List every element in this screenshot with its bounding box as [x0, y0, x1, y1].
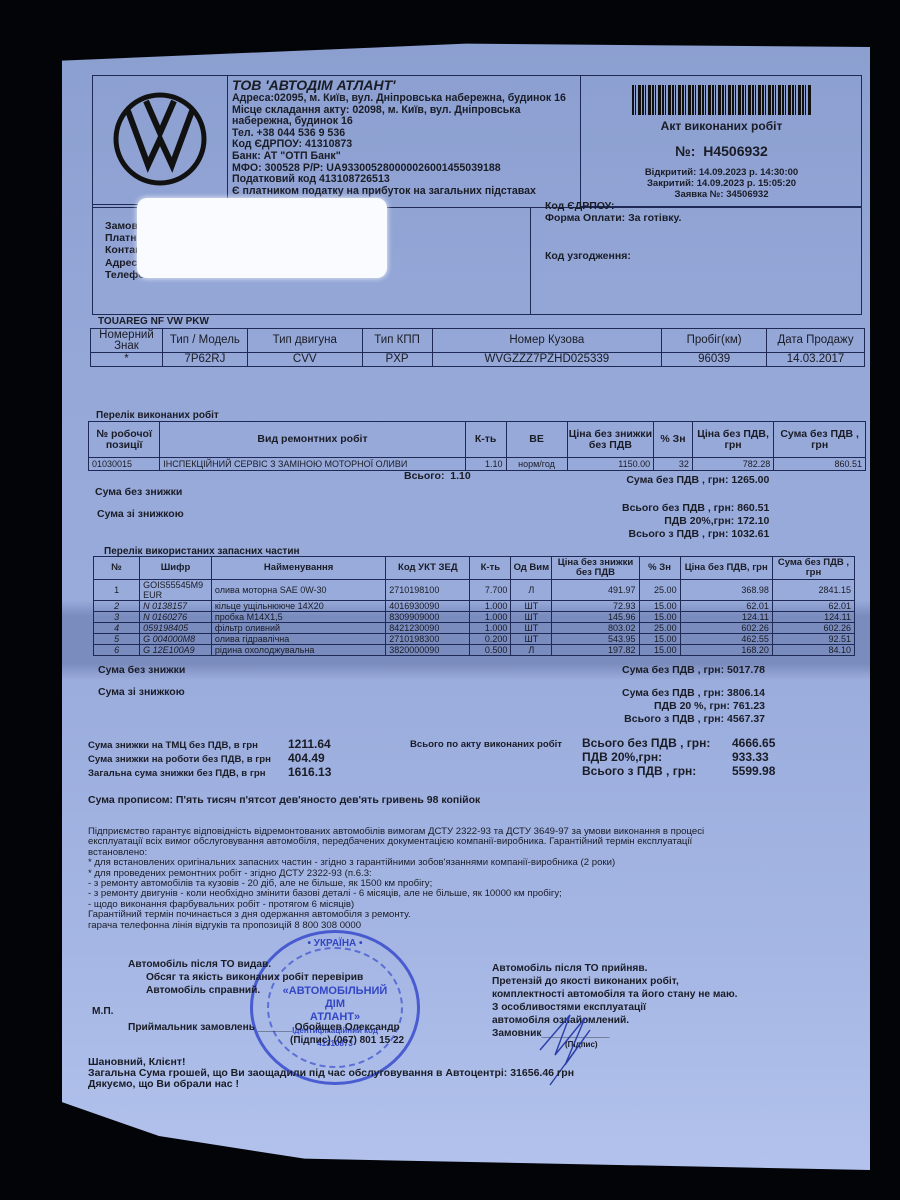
label: Сума знижки на роботи без ПДВ, в грн: [88, 753, 288, 766]
value: 4567.37: [727, 713, 765, 725]
stamp-line: ДІМ: [253, 998, 417, 1011]
parts-cell: N 0138157: [140, 601, 212, 612]
value: 404.49: [288, 751, 325, 765]
car-value-cell: 7P62RJ: [162, 353, 247, 367]
car-table: Номерний ЗнакТип / МодельТип двигунаТип …: [90, 328, 865, 367]
line: комплектності автомобіля та його стану н…: [492, 988, 737, 1001]
parts-cell: 8309909000: [386, 612, 470, 623]
parts-cell: 1.000: [470, 612, 511, 623]
line: Замовник____________: [492, 1027, 737, 1040]
value: 3806.14: [727, 687, 765, 699]
parts-with-discount-label: Сума зі знижкою: [98, 686, 185, 699]
payment-form: Форма Оплати: За готівку.: [545, 212, 681, 224]
parts-cell: 602.26: [680, 623, 772, 634]
act-info: Акт виконаних робіт №: H4506932 Відкрити…: [580, 75, 862, 207]
parts-header-cell: Шифр: [140, 557, 212, 580]
works-title: Перелік виконаних робіт: [96, 410, 219, 421]
parts-cell: 0.200: [470, 634, 511, 645]
parts-cell: 62.01: [772, 601, 854, 612]
parts-cell: 168.20: [680, 645, 772, 656]
parts-cell: 15.00: [639, 601, 680, 612]
label: Сума без ПДВ , грн:: [622, 664, 724, 676]
act-opened: Відкритий: 14.09.2023 р. 14:30:00: [581, 167, 862, 178]
parts-cell: GOIS55545M9EUR: [140, 580, 212, 601]
company-name: ТОВ 'АВТОДІМ АТЛАНТ': [232, 78, 572, 93]
car-value-cell: *: [91, 353, 163, 367]
table-row: 01030015ІНСПЕКЦІЙНИЙ СЕРВІС З ЗАМІНОЮ МО…: [89, 458, 866, 471]
parts-cell: N 0160276: [140, 612, 212, 623]
parts-cell: 8421230090: [386, 623, 470, 634]
parts-cell: рідина охолоджувальна: [211, 645, 385, 656]
parts-header-cell: Найменування: [211, 557, 385, 580]
line: Претензій до якості виконаних робіт,: [492, 975, 737, 988]
redaction-block: [137, 198, 387, 278]
parts-cell: 92.51: [772, 634, 854, 645]
parts-cell: 1.000: [470, 623, 511, 634]
table-row: 3N 0160276пробка M14X1,583099090001.000Ш…: [94, 612, 855, 623]
works-summary: Сума без ПДВ , грн: 1265.00 Всього без П…: [622, 474, 769, 541]
label: Всього з ПДВ , грн:: [582, 764, 732, 778]
warranty-text: Підприємство гарантує відповідність відр…: [88, 827, 868, 931]
works-header-cell: Ціна без знижки без ПДВ: [567, 422, 654, 458]
approval-code: Код узгодження:: [545, 250, 681, 262]
car-header-cell: Тип двигуна: [247, 329, 362, 353]
parts-cell: олива моторна SAE 0W-30: [211, 580, 385, 601]
company-tax-code: Податковий код 413108726513: [232, 174, 572, 186]
parts-cell: 491.97: [552, 580, 639, 601]
parts-cell: кільце ущільнююче 14X20: [211, 601, 385, 612]
company-address: Адреса:02095, м. Київ, вул. Дніпровська …: [232, 93, 572, 105]
label: Всього з ПДВ , грн:: [628, 528, 728, 540]
value: 4666.65: [732, 736, 775, 750]
works-cell: 32: [654, 458, 693, 471]
label: Всього з ПДВ , грн:: [624, 713, 724, 725]
label: Загальна сума знижки без ПДВ, в грн: [88, 767, 288, 780]
parts-cell: 5: [94, 634, 140, 645]
parts-cell: 2841.15: [772, 580, 854, 601]
parts-cell: пробка M14X1,5: [211, 612, 385, 623]
company-bank: Банк: АТ "ОТП Банк": [232, 151, 572, 163]
line: автомобіля ознайомлений.: [492, 1014, 737, 1027]
parts-header-cell: Сума без ПДВ , грн: [772, 557, 854, 580]
table-row: 1GOIS55545M9EURолива моторна SAE 0W-3027…: [94, 580, 855, 601]
stamp-place-label: М.П.: [92, 1006, 113, 1017]
parts-cell: олива гідравлічна: [211, 634, 385, 645]
value: 860.51: [737, 502, 769, 514]
works-header-cell: К-ть: [465, 422, 506, 458]
parts-cell: ШТ: [511, 623, 552, 634]
car-value-cell: 14.03.2017: [767, 353, 865, 367]
discount-summary: Сума знижки на ТМЦ без ПДВ, в грн1211.64…: [88, 738, 331, 780]
parts-cell: 602.26: [772, 623, 854, 634]
amount-in-words: Сума прописом: П'ять тисяч п'ятсот дев'я…: [88, 794, 480, 806]
label: Сума без ПДВ , грн:: [626, 474, 728, 486]
works-cell: 1.10: [465, 458, 506, 471]
table-row: 5G 004000M8олива гідравлічна27101983000.…: [94, 634, 855, 645]
works-with-discount-label: Сума зі знижкою: [97, 508, 184, 521]
value: 1032.61: [731, 528, 769, 540]
parts-summary: Сума без ПДВ , грн: 5017.78 Сума без ПДВ…: [622, 664, 765, 726]
company-act-place: Місце складання акту: 02098, м. Київ, ву…: [232, 105, 572, 128]
works-header-cell: % Зн: [654, 422, 693, 458]
parts-cell: ШТ: [511, 601, 552, 612]
parts-cell: 803.02: [552, 623, 639, 634]
car-header-cell: Пробіг(км): [662, 329, 767, 353]
warranty-line: гарача телефонна лінія відгуків та пропо…: [88, 921, 868, 931]
parts-cell: G 004000M8: [140, 634, 212, 645]
receiver-phone: (Підпис) (067) 801 15 22: [290, 1035, 404, 1046]
parts-cell: G 12E100A9: [140, 645, 212, 656]
label: Всього без ПДВ , грн:: [622, 502, 734, 514]
barcode-icon: [632, 85, 812, 115]
value: 761.23: [733, 700, 765, 712]
parts-header-cell: Ціна без знижки без ПДВ: [552, 557, 639, 580]
table-row: 2N 0138157кільце ущільнююче 14X204016930…: [94, 601, 855, 612]
act-number-label: №:: [675, 143, 695, 159]
customer-statement: Автомобіль після ТО прийняв. Претензій д…: [492, 962, 737, 1040]
works-cell: 860.51: [774, 458, 866, 471]
label: Сума знижки на ТМЦ без ПДВ, в грн: [88, 739, 288, 752]
car-value-cell: 96039: [662, 353, 767, 367]
act-closed: Закритий: 14.09.2023 р. 15:05:20: [581, 178, 862, 189]
act-title: Акт виконаних робіт: [581, 119, 862, 133]
parts-cell: 1.000: [470, 601, 511, 612]
parts-cell: 4: [94, 623, 140, 634]
parts-cell: 2: [94, 601, 140, 612]
parts-cell: Л: [511, 645, 552, 656]
car-value-cell: WVGZZZ7PZHD025339: [432, 353, 662, 367]
label: ПДВ 20%,грн:: [664, 515, 734, 527]
parts-cell: 15.00: [639, 645, 680, 656]
parts-cell: 4016930090: [386, 601, 470, 612]
line: З особливостями експлуатації: [492, 1001, 737, 1014]
receiver-line: Приймальник замовлень ______ Обойщев Оле…: [128, 1022, 400, 1033]
works-total-qty: 1.10: [450, 470, 470, 482]
parts-cell: 7.700: [470, 580, 511, 601]
parts-cell: 84.10: [772, 645, 854, 656]
works-header-cell: № робочої позиції: [89, 422, 160, 458]
label: Сума без ПДВ , грн:: [622, 687, 724, 699]
warranty-line: експлуатації всіх вимог обслуговування а…: [88, 837, 868, 847]
parts-cell: 124.11: [680, 612, 772, 623]
line: Автомобіль після ТО прийняв.: [492, 962, 737, 975]
works-header-cell: Сума без ПДВ , грн: [774, 422, 866, 458]
parts-cell: 3: [94, 612, 140, 623]
value: 172.10: [737, 515, 769, 527]
parts-cell: ШТ: [511, 634, 552, 645]
line: Автомобіль після ТО видав.: [128, 958, 363, 971]
company-tax-status: Є платником податку на прибуток на загал…: [232, 186, 572, 198]
works-header-cell: Вид ремонтних робіт: [160, 422, 466, 458]
stamp-top-text: • УКРАЇНА •: [253, 938, 417, 949]
act-number: №: H4506932: [581, 143, 862, 159]
customer-right: Код ЄДРПОУ: Форма Оплати: За готівку. Ко…: [545, 200, 681, 262]
parts-no-discount-label: Сума без знижки: [98, 664, 185, 677]
parts-cell: 1: [94, 580, 140, 601]
value: 5017.78: [727, 664, 765, 676]
car-header-cell: Дата Продажу: [767, 329, 865, 353]
value: 933.33: [732, 750, 769, 764]
act-total-label: Всього по акту виконаних робіт: [410, 738, 562, 751]
parts-cell: фільтр оливний: [211, 623, 385, 634]
label: ПДВ 20 %, грн:: [654, 700, 730, 712]
value: 1265.00: [731, 474, 769, 486]
car-header-cell: Тип / Модель: [162, 329, 247, 353]
parts-header-cell: % Зн: [639, 557, 680, 580]
parts-header-cell: Ціна без ПДВ, грн: [680, 557, 772, 580]
value: 5599.98: [732, 764, 775, 778]
parts-cell: 2710198300: [386, 634, 470, 645]
parts-cell: 2710198100: [386, 580, 470, 601]
act-dates: Відкритий: 14.09.2023 р. 14:30:00 Закрит…: [581, 167, 862, 200]
line: Автомобіль справний.: [128, 984, 363, 997]
works-header-cell: ВЕ: [506, 422, 567, 458]
customer-edrpou: Код ЄДРПОУ:: [545, 200, 681, 212]
car-header-cell: Номерний Знак: [91, 329, 163, 353]
parts-cell: Л: [511, 580, 552, 601]
table-row: 6G 12E100A9рідина охолоджувальна38200000…: [94, 645, 855, 656]
footer-note: Шановний, Клієнт! Загальна Сума грошей, …: [88, 1057, 574, 1090]
logo-cell: [92, 75, 228, 205]
parts-cell: 462.55: [680, 634, 772, 645]
issuer-statement: Автомобіль після ТО видав. Обсяг та якіс…: [128, 958, 363, 997]
table-row: 4059198405фільтр оливний84212300901.000Ш…: [94, 623, 855, 634]
parts-cell: 124.11: [772, 612, 854, 623]
label: ПДВ 20%,грн:: [582, 750, 732, 764]
act-number-value: H4506932: [703, 143, 768, 159]
parts-cell: 25.00: [639, 580, 680, 601]
parts-cell: 0.500: [470, 645, 511, 656]
works-header-cell: Ціна без ПДВ, грн: [692, 422, 773, 458]
parts-header-cell: К-ть: [470, 557, 511, 580]
works-no-discount-label: Сума без знижки: [95, 486, 182, 499]
parts-cell: 197.82: [552, 645, 639, 656]
act-request: Заявка №: 34506932: [581, 189, 862, 200]
parts-table: №ШифрНайменуванняКод УКТ ЗЕДК-тьОд ВимЦі…: [93, 556, 855, 656]
car-value-cell: CVV: [247, 353, 362, 367]
parts-cell: 368.98: [680, 580, 772, 601]
car-header-cell: Номер Кузова: [432, 329, 662, 353]
company-info: ТОВ 'АВТОДІМ АТЛАНТ' Адреса:02095, м. Ки…: [232, 78, 572, 197]
divider: [530, 207, 531, 315]
thanks-line: Дякуємо, що Ви обрали нас !: [88, 1079, 574, 1090]
vw-logo-icon: [110, 89, 210, 189]
parts-cell: 6: [94, 645, 140, 656]
label: Всього без ПДВ , грн:: [582, 736, 732, 750]
works-cell: 782.28: [692, 458, 773, 471]
parts-cell: ШТ: [511, 612, 552, 623]
grand-totals: Всього без ПДВ , грн:4666.65 ПДВ 20%,грн…: [582, 736, 775, 778]
car-value-cell: PXP: [362, 353, 432, 367]
value: 1211.64: [288, 737, 331, 751]
parts-header-cell: Код УКТ ЗЕД: [386, 557, 470, 580]
value: 1616.13: [288, 765, 331, 779]
works-cell: норм/год: [506, 458, 567, 471]
works-total: Всього: 1.10: [404, 470, 471, 483]
parts-cell: 25.00: [639, 623, 680, 634]
parts-cell: 15.00: [639, 634, 680, 645]
parts-header-cell: Од Вим: [511, 557, 552, 580]
parts-cell: 62.01: [680, 601, 772, 612]
parts-cell: 15.00: [639, 612, 680, 623]
works-cell: ІНСПЕКЦІЙНИЙ СЕРВІС З ЗАМІНОЮ МОТОРНОЇ О…: [160, 458, 466, 471]
line: Обсяг та якість виконаних робіт перевіри…: [128, 971, 363, 984]
works-cell: 01030015: [89, 458, 160, 471]
car-model: TOUAREG NF VW PKW: [98, 316, 209, 327]
works-cell: 1150.00: [567, 458, 654, 471]
parts-header-cell: №: [94, 557, 140, 580]
parts-cell: 3820000090: [386, 645, 470, 656]
parts-cell: 059198405: [140, 623, 212, 634]
car-header-cell: Тип КПП: [362, 329, 432, 353]
works-table: № робочої позиціїВид ремонтних робітК-ть…: [88, 421, 866, 471]
parts-cell: 145.96: [552, 612, 639, 623]
works-total-label: Всього:: [404, 470, 444, 482]
parts-cell: 543.95: [552, 634, 639, 645]
parts-cell: 72.93: [552, 601, 639, 612]
